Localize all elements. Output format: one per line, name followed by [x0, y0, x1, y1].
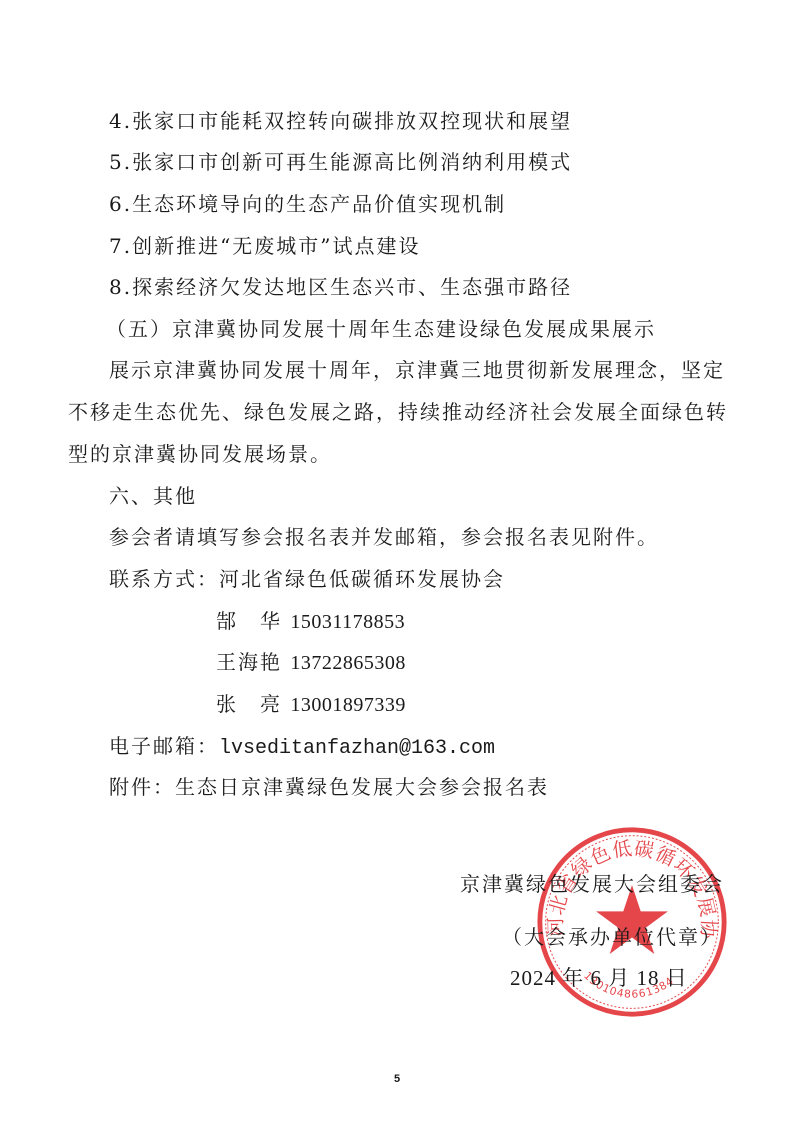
section-5-paragraph-line-2: 不移走生态优先、绿色发展之路，持续推动经济社会发展全面绿色转 — [68, 398, 728, 426]
email-label: 电子邮箱： — [109, 734, 219, 758]
signature-organization: 京津冀绿色发展大会组委会 — [460, 868, 724, 897]
attachment-line: 附件：生态日京津冀绿色发展大会参会报名表 — [109, 773, 549, 801]
list-item-8: 8.探索经济欠发达地区生态兴市、生态强市路径 — [109, 273, 572, 301]
list-item-6: 6.生态环境导向的生态产品价值实现机制 — [109, 190, 506, 218]
contact-label: 联系方式： — [109, 567, 219, 591]
contact-phone: 13001897339 — [290, 694, 406, 716]
contact-person-1: 郜 华 15031178853 — [216, 607, 405, 636]
contact-name: 郜 华 — [216, 609, 282, 633]
email-address[interactable]: lvseditanfazhan@163.com — [219, 737, 495, 760]
registration-note: 参会者请填写参会报名表并发邮箱，参会报名表见附件。 — [109, 523, 659, 551]
list-item-5: 5.张家口市创新可再生能源高比例消纳利用模式 — [109, 148, 572, 176]
list-item-4: 4.张家口市能耗双控转向碳排放双控现状和展望 — [109, 107, 572, 135]
email-line: 电子邮箱：lvseditanfazhan@163.com — [109, 732, 495, 763]
page-number: 5 — [394, 1073, 400, 1085]
contact-org: 河北省绿色低碳循环发展协会 — [219, 567, 505, 591]
signature-date: 2024 年 6 月 18 日 — [510, 962, 688, 992]
contact-phone: 15031178853 — [290, 611, 405, 633]
contact-person-2: 王海艳 13722865308 — [216, 648, 406, 677]
section-6-heading: 六、其他 — [109, 482, 197, 510]
signature-note: （大会承办单位代章） — [502, 921, 722, 950]
list-item-7: 7.创新推进“无废城市”试点建设 — [109, 232, 421, 260]
section-5-paragraph-line-3: 型的京津冀协同发展场景。 — [68, 440, 332, 468]
contact-line: 联系方式：河北省绿色低碳循环发展协会 — [109, 565, 505, 593]
contact-name: 张 亮 — [216, 692, 282, 716]
section-5-heading: （五）京津冀协同发展十周年生态建设绿色发展成果展示 — [106, 315, 656, 343]
contact-person-3: 张 亮 13001897339 — [216, 690, 406, 719]
contact-phone: 13722865308 — [290, 652, 406, 674]
section-5-paragraph-line-1: 展示京津冀协同发展十周年，京津冀三地贯彻新发展理念，坚定 — [109, 356, 725, 384]
contact-name: 王海艳 — [216, 650, 282, 674]
